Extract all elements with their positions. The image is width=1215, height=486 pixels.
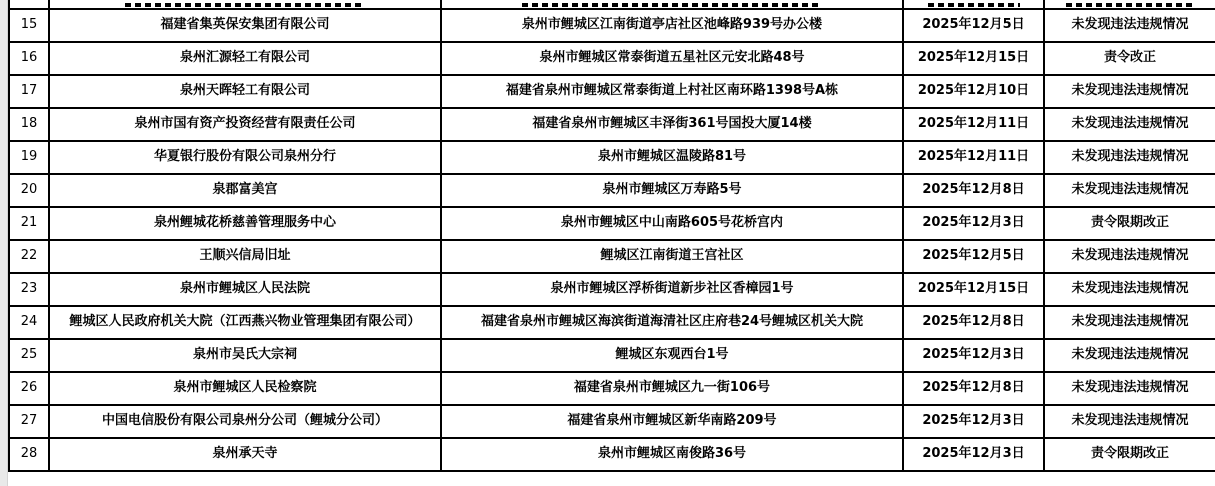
address-cell: 泉州市鲤城区江南街道亭店社区池峰路939号办公楼 [442, 10, 904, 41]
truncated-row [10, 0, 1215, 10]
table-row: 15福建省集英保安集团有限公司泉州市鲤城区江南街道亭店社区池峰路939号办公楼2… [10, 10, 1215, 43]
spreadsheet-left-gutter [0, 0, 8, 486]
row-number: 24 [10, 307, 50, 338]
result-cell: 责令限期改正 [1045, 208, 1215, 239]
date-cell: 2025年12月3日 [904, 406, 1045, 437]
address-cell: 福建省泉州市鲤城区常泰街道上村社区南环路1398号A栋 [442, 76, 904, 107]
result-cell: 未发现违法违规情况 [1045, 406, 1215, 437]
truncated-text-fragment [1066, 3, 1194, 7]
result-cell [1045, 0, 1215, 8]
date-cell [904, 0, 1045, 8]
name-cell: 鲤城区人民政府机关大院（江西燕兴物业管理集团有限公司） [50, 307, 442, 338]
address-cell: 泉州市鲤城区南俊路36号 [442, 439, 904, 470]
row-number: 25 [10, 340, 50, 371]
name-cell: 泉州天晖轻工有限公司 [50, 76, 442, 107]
table-row: 27中国电信股份有限公司泉州分公司（鲤城分公司）福建省泉州市鲤城区新华南路209… [10, 406, 1215, 439]
table-row: 28泉州承天寺泉州市鲤城区南俊路36号2025年12月3日责令限期改正 [10, 439, 1215, 472]
row-number: 22 [10, 241, 50, 272]
date-cell: 2025年12月15日 [904, 43, 1045, 74]
row-number: 26 [10, 373, 50, 404]
row-number: 15 [10, 10, 50, 41]
name-cell: 中国电信股份有限公司泉州分公司（鲤城分公司） [50, 406, 442, 437]
name-cell: 华夏银行股份有限公司泉州分行 [50, 142, 442, 173]
table-row: 22王顺兴信局旧址鲤城区江南街道王宫社区2025年12月5日未发现违法违规情况 [10, 241, 1215, 274]
row-number [10, 0, 50, 8]
date-cell: 2025年12月3日 [904, 340, 1045, 371]
date-cell: 2025年12月11日 [904, 142, 1045, 173]
address-cell: 福建省泉州市鲤城区丰泽街361号国投大厦14楼 [442, 109, 904, 140]
result-cell: 未发现违法违规情况 [1045, 142, 1215, 173]
table-row: 23泉州市鲤城区人民法院泉州市鲤城区浮桥街道新步社区香樟园1号2025年12月1… [10, 274, 1215, 307]
row-number: 17 [10, 76, 50, 107]
address-cell: 鲤城区江南街道王宫社区 [442, 241, 904, 272]
name-cell: 泉州市鲤城区人民检察院 [50, 373, 442, 404]
truncated-text-fragment [125, 3, 365, 7]
row-number: 21 [10, 208, 50, 239]
row-number: 27 [10, 406, 50, 437]
date-cell: 2025年12月8日 [904, 307, 1045, 338]
date-cell: 2025年12月15日 [904, 274, 1045, 305]
address-cell: 福建省泉州市鲤城区新华南路209号 [442, 406, 904, 437]
address-cell: 泉州市鲤城区温陵路81号 [442, 142, 904, 173]
address-cell: 鲤城区东观西台1号 [442, 340, 904, 371]
name-cell: 泉州市国有资产投资经营有限责任公司 [50, 109, 442, 140]
name-cell: 王顺兴信局旧址 [50, 241, 442, 272]
result-cell: 未发现违法违规情况 [1045, 307, 1215, 338]
result-cell: 未发现违法违规情况 [1045, 109, 1215, 140]
result-cell: 未发现违法违规情况 [1045, 175, 1215, 206]
name-cell: 泉郡富美宫 [50, 175, 442, 206]
row-number: 20 [10, 175, 50, 206]
address-cell [442, 0, 904, 8]
row-number: 19 [10, 142, 50, 173]
row-number: 18 [10, 109, 50, 140]
date-cell: 2025年12月11日 [904, 109, 1045, 140]
name-cell: 福建省集英保安集团有限公司 [50, 10, 442, 41]
result-cell: 责令限期改正 [1045, 439, 1215, 470]
truncated-text-fragment [522, 3, 822, 7]
result-cell: 未发现违法违规情况 [1045, 274, 1215, 305]
name-cell: 泉州市鲤城区人民法院 [50, 274, 442, 305]
name-cell: 泉州汇源轻工有限公司 [50, 43, 442, 74]
address-cell: 泉州市鲤城区浮桥街道新步社区香樟园1号 [442, 274, 904, 305]
result-cell: 未发现违法违规情况 [1045, 76, 1215, 107]
row-number: 23 [10, 274, 50, 305]
result-cell: 未发现违法违规情况 [1045, 241, 1215, 272]
date-cell: 2025年12月10日 [904, 76, 1045, 107]
row-number: 28 [10, 439, 50, 470]
table-row: 25泉州市吴氏大宗祠鲤城区东观西台1号2025年12月3日未发现违法违规情况 [10, 340, 1215, 373]
date-cell: 2025年12月8日 [904, 373, 1045, 404]
inspection-table: 15福建省集英保安集团有限公司泉州市鲤城区江南街道亭店社区池峰路939号办公楼2… [8, 0, 1215, 472]
table-row: 18泉州市国有资产投资经营有限责任公司福建省泉州市鲤城区丰泽街361号国投大厦1… [10, 109, 1215, 142]
truncated-text-fragment [928, 3, 1020, 7]
date-cell: 2025年12月3日 [904, 439, 1045, 470]
table-row: 20泉郡富美宫泉州市鲤城区万寿路5号2025年12月8日未发现违法违规情况 [10, 175, 1215, 208]
table-row: 19华夏银行股份有限公司泉州分行泉州市鲤城区温陵路81号2025年12月11日未… [10, 142, 1215, 175]
date-cell: 2025年12月8日 [904, 175, 1045, 206]
result-cell: 责令改正 [1045, 43, 1215, 74]
table-row: 21泉州鲤城花桥慈善管理服务中心泉州市鲤城区中山南路605号花桥宫内2025年1… [10, 208, 1215, 241]
date-cell: 2025年12月3日 [904, 208, 1045, 239]
address-cell: 福建省泉州市鲤城区海滨街道海清社区庄府巷24号鲤城区机关大院 [442, 307, 904, 338]
address-cell: 泉州市鲤城区万寿路5号 [442, 175, 904, 206]
date-cell: 2025年12月5日 [904, 10, 1045, 41]
name-cell: 泉州承天寺 [50, 439, 442, 470]
result-cell: 未发现违法违规情况 [1045, 340, 1215, 371]
table-row: 17泉州天晖轻工有限公司福建省泉州市鲤城区常泰街道上村社区南环路1398号A栋2… [10, 76, 1215, 109]
address-cell: 福建省泉州市鲤城区九一街106号 [442, 373, 904, 404]
result-cell: 未发现违法违规情况 [1045, 10, 1215, 41]
name-cell: 泉州鲤城花桥慈善管理服务中心 [50, 208, 442, 239]
date-cell: 2025年12月5日 [904, 241, 1045, 272]
inspection-table-screen: 15福建省集英保安集团有限公司泉州市鲤城区江南街道亭店社区池峰路939号办公楼2… [0, 0, 1215, 486]
name-cell [50, 0, 442, 8]
address-cell: 泉州市鲤城区常泰街道五星社区元安北路48号 [442, 43, 904, 74]
result-cell: 未发现违法违规情况 [1045, 373, 1215, 404]
table-row: 16泉州汇源轻工有限公司泉州市鲤城区常泰街道五星社区元安北路48号2025年12… [10, 43, 1215, 76]
name-cell: 泉州市吴氏大宗祠 [50, 340, 442, 371]
table-row: 24鲤城区人民政府机关大院（江西燕兴物业管理集团有限公司）福建省泉州市鲤城区海滨… [10, 307, 1215, 340]
address-cell: 泉州市鲤城区中山南路605号花桥宫内 [442, 208, 904, 239]
row-number: 16 [10, 43, 50, 74]
table-row: 26泉州市鲤城区人民检察院福建省泉州市鲤城区九一街106号2025年12月8日未… [10, 373, 1215, 406]
